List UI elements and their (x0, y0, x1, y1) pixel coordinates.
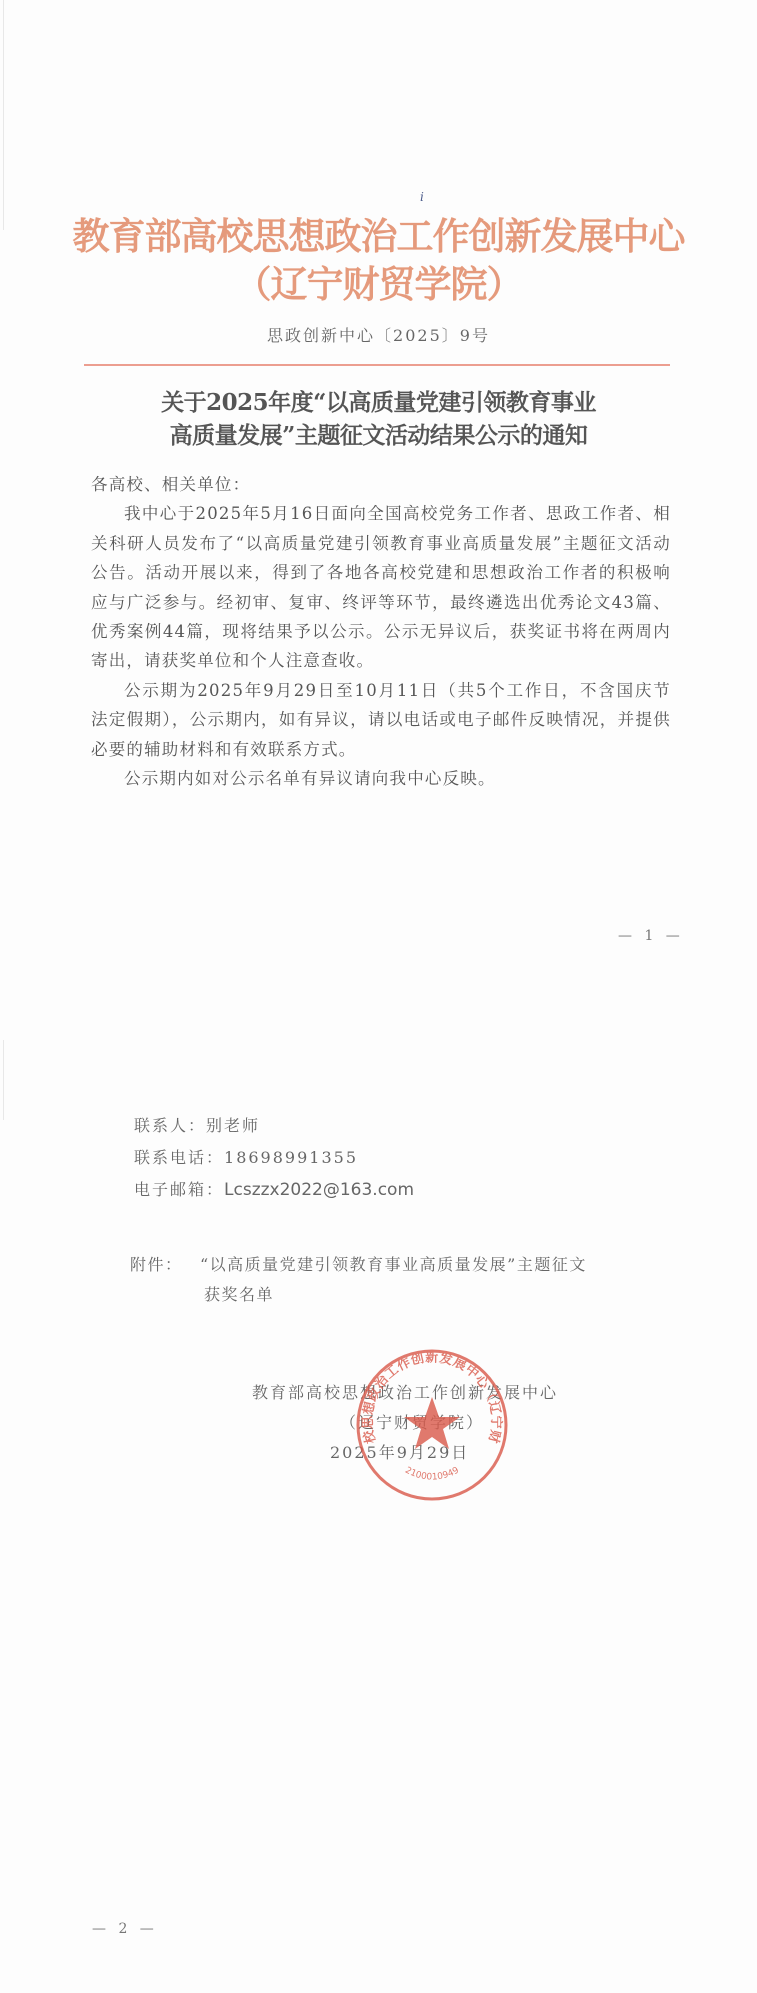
page-1: i 教育部高校思想政治工作创新发展中心 （辽宁财贸学院） 思政创新中心〔2025… (0, 0, 757, 1000)
page-number-1: — 1 — (618, 928, 684, 944)
org-title-line1: 教育部高校思想政治工作创新发展中心 (0, 206, 757, 260)
contact-email-label: 电子邮箱： (134, 1180, 224, 1199)
attachment-label: 附件： (130, 1250, 200, 1280)
page-edge (3, 0, 4, 230)
attachment: 附件：“以高质量党建引领教育事业高质量发展”主题征文 获奖名单 (130, 1250, 650, 1310)
attachment-line2: 获奖名单 (130, 1280, 650, 1310)
salutation: 各高校、相关单位： (91, 470, 671, 499)
notice-title-line2: 高质量发展”主题征文活动结果公示的通知 (0, 417, 757, 450)
body-paragraph-2: 公示期为2025年9月29日至10月11日（共5个工作日，不含国庆节法定假期），… (91, 676, 671, 764)
org-title-line2: （辽宁财贸学院） (0, 254, 757, 308)
contact-info: 联系人：别老师 联系电话：18698991355 电子邮箱：Lcszzx2022… (134, 1110, 414, 1206)
contact-phone-label: 联系电话： (134, 1148, 224, 1167)
stray-mark: i (420, 190, 424, 204)
contact-person-value: 别老师 (206, 1116, 260, 1135)
page-number-2: — 2 — (92, 1921, 158, 1937)
document-number: 思政创新中心〔2025〕9号 (0, 323, 757, 346)
header-divider (84, 364, 670, 366)
svg-text:2100010949: 2100010949 (403, 1466, 461, 1483)
official-seal-icon: 教育部高校思想政治工作创新发展中心（辽宁财贸学院） 2100010949 (352, 1345, 512, 1505)
contact-phone-value: 18698991355 (224, 1148, 358, 1167)
page-edge (3, 1040, 4, 1120)
contact-email-value: Lcszzx2022@163.com (224, 1180, 414, 1200)
notice-body: 各高校、相关单位： 我中心于2025年5月16日面向全国高校党务工作者、思政工作… (91, 470, 671, 793)
body-paragraph-1: 我中心于2025年5月16日面向全国高校党务工作者、思政工作者、相关科研人员发布… (91, 499, 671, 675)
contact-person-row: 联系人：别老师 (134, 1110, 414, 1142)
contact-email-row: 电子邮箱：Lcszzx2022@163.com (134, 1174, 414, 1206)
contact-person-label: 联系人： (134, 1116, 206, 1135)
attachment-title: “以高质量党建引领教育事业高质量发展”主题征文 (200, 1255, 587, 1274)
notice-title-line1: 关于2025年度“以高质量党建引领教育事业 (0, 384, 757, 417)
attachment-line1: 附件：“以高质量党建引领教育事业高质量发展”主题征文 (130, 1250, 650, 1280)
seal-code: 2100010949 (403, 1466, 461, 1483)
contact-phone-row: 联系电话：18698991355 (134, 1142, 414, 1174)
body-paragraph-3: 公示期内如对公示名单有异议请向我中心反映。 (91, 764, 671, 793)
